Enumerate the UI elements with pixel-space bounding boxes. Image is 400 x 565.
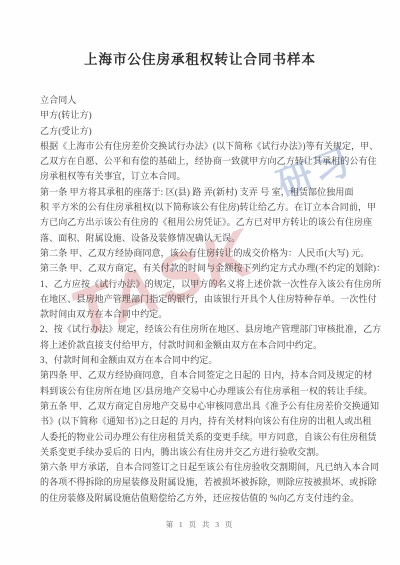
- contract-line: 积 平方米的公有住房承租权(以下简称该公有住房)转让给乙方。在订立本合同前，甲: [40, 200, 366, 215]
- contract-line: 在地区、县房地产管理部门指定的银行，由该银行开具个人住房特种存单。一次性付: [40, 292, 366, 307]
- page-number-footer: 第 1 页 共 3 页: [0, 519, 400, 530]
- contract-line: 乙方(受让方): [40, 124, 366, 139]
- contract-line: 方已向乙方出示该公有住房的《租用公房凭证》。乙方已对甲方转让的该公有住房座: [40, 215, 366, 230]
- contract-line: 第一条 甲方将其承租的座落于: 区(县) 路 弄(新村) 支弄 号 室，租赁部位…: [40, 185, 366, 200]
- contract-line: 料到该公有住房所在地 区/县房地产交易中心办理该公有住房承租一权的转让手续。: [40, 384, 366, 399]
- page-title: 上海市公住房承租权转让合同书样本: [0, 48, 400, 68]
- contract-line: 落、面积、附属设施、设备及装修情况确认无误。: [40, 231, 366, 246]
- contract-line: 关系变更手续办妥后的 日内，腾出该公有住房并交乙方进行验收交割。: [40, 445, 366, 460]
- contract-line: 的各项不得拆除的房屋装修及附属设施，若被损坏被拆除，则除应按被损坏、或拆除: [40, 475, 366, 490]
- contract-line: 第六条 甲方承诺，自本合同签订之日起至该公有住房验收交割期间，凡已纳入本合同: [40, 460, 366, 475]
- contract-line: 房承租权等有关事宜，订立本合同。: [40, 169, 366, 184]
- contract-document-page: 上海市公住房承租权转让合同书样本 研习 TASK 立合同人甲方(转让方)乙方(受…: [0, 0, 400, 565]
- contract-line: 第五条 甲、乙双方商定自房地产交易中心审核同意出具《准予公有住房差价交换通知: [40, 399, 366, 414]
- contract-line: 根据《上海市公有住房差价交换试行办法》(以下简称《试行办法》)等有关规定，甲、: [40, 139, 366, 154]
- contract-line: 人委托的物业公司办理公有住房租赁关系的变更手续。甲方同意，自该公有住房租赁: [40, 430, 366, 445]
- contract-line: 款时间由双方在本合同中约定。: [40, 307, 366, 322]
- contract-body: 立合同人甲方(转让方)乙方(受让方)根据《上海市公有住房差价交换试行办法》(以下…: [40, 93, 366, 506]
- contract-line: 乙双方在自愿、公平和有偿的基础上，经协商一致就甲方向乙方转让其承租的公有住: [40, 154, 366, 169]
- contract-line: 的住房装修及附属设施估值赔偿给乙方外，还应按估值的 %向乙方支付违约金。: [40, 491, 366, 506]
- contract-line: 第四条 甲、乙双方经协商同意，自本合同签定之日起的 日内，持本合同及规定的材: [40, 368, 366, 383]
- contract-line: 立合同人: [40, 93, 366, 108]
- contract-line: 1、乙方应按《试行办法》的规定，以甲方的名义将上述价款一次性存入该公有住房所: [40, 277, 366, 292]
- contract-line: 3、付款时间和金额由双方在本合同中约定。: [40, 353, 366, 368]
- contract-line: 甲方(转让方): [40, 108, 366, 123]
- contract-line: 2、按《试行办法》规定，经该公有住房所在地区、县房地产管理部门审核批准，乙方: [40, 322, 366, 337]
- contract-line: 第二条 甲、乙双方经协商同意，该公有住房转让的成交价格为：人民币(大写) 元。: [40, 246, 366, 261]
- contract-line: 将上述价款直接支付给甲方，付款时间和金额由双方在本合同中约定。: [40, 338, 366, 353]
- contract-line: 书》(以下简称《通知书》)之日起的 月内，持有关材料向该公有住房的出租人或出租: [40, 414, 366, 429]
- contract-line: 第三条 甲、乙双方商定，有关付款的时间与金额按下列约定方式办理(不约定的划除)：: [40, 261, 366, 276]
